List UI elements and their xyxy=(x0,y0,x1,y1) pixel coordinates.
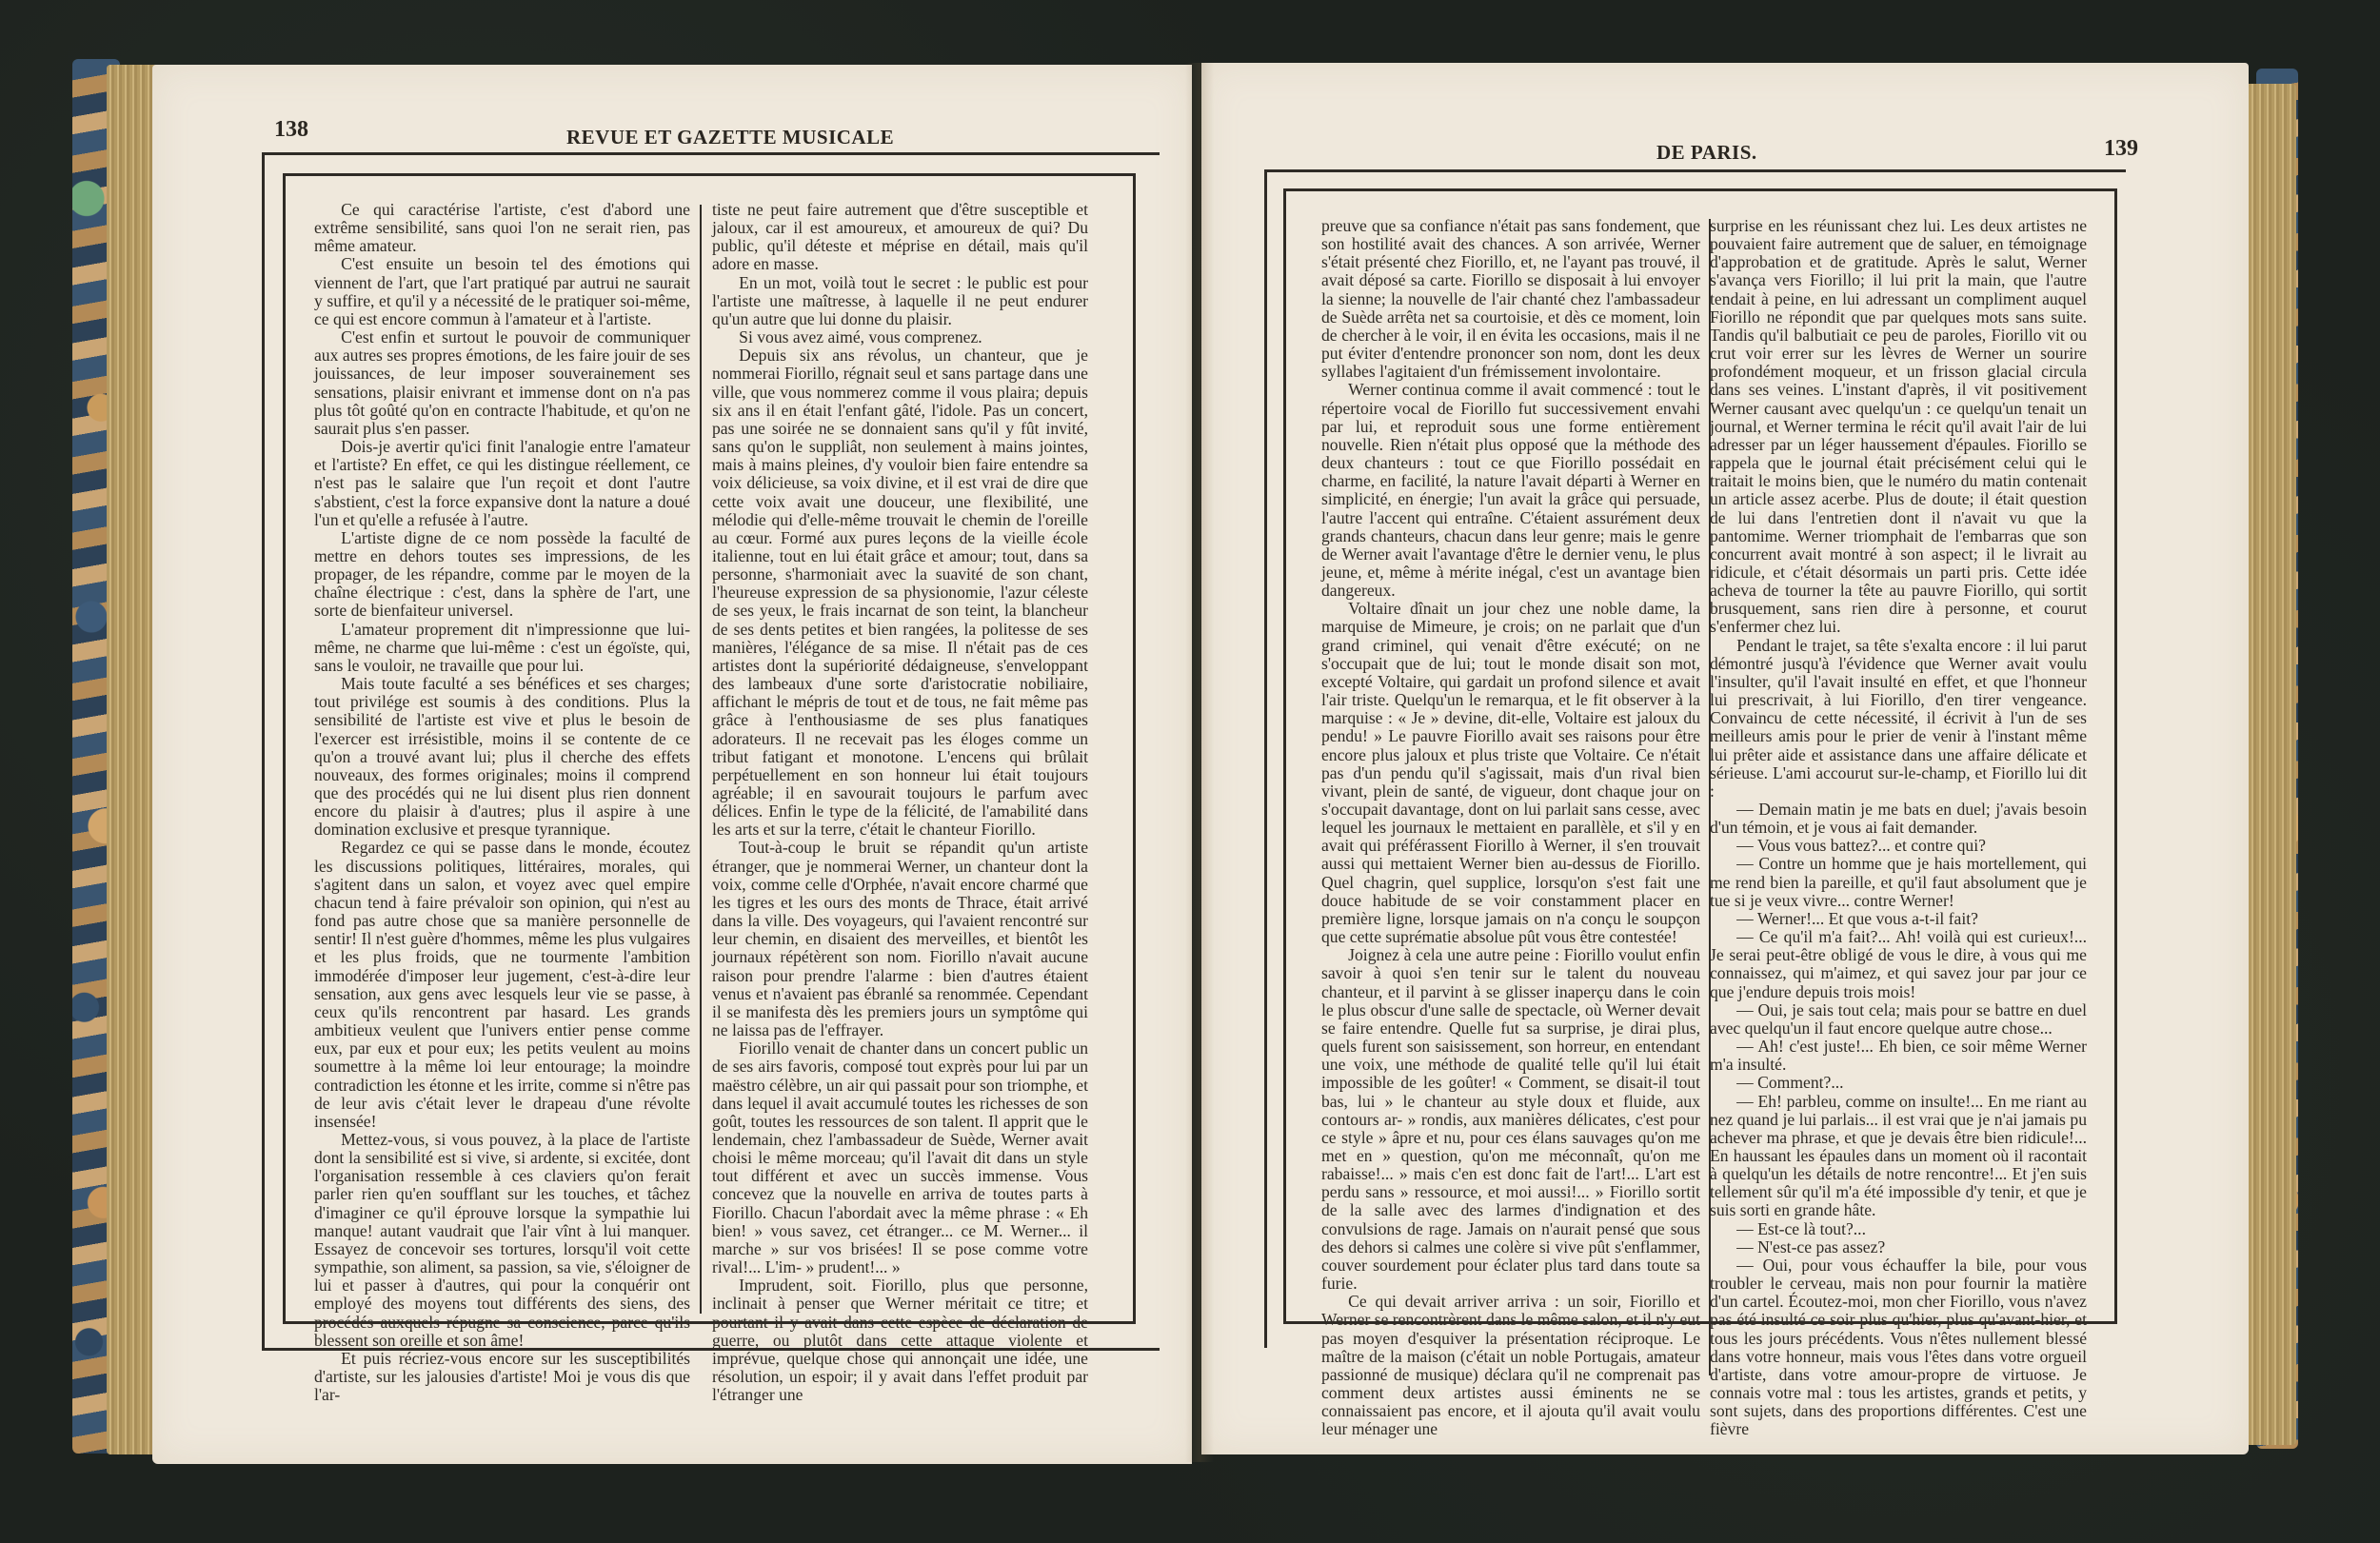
paragraph: — Demain matin je me bats en duel; j'ava… xyxy=(1710,801,2087,837)
paragraph: Tout-à-coup le bruit se répandit qu'un a… xyxy=(712,839,1088,1039)
paragraph: Voltaire dînait un jour chez une noble d… xyxy=(1321,600,1700,946)
paragraph: — Ce qu'il m'a fait?... Ah! voilà qui es… xyxy=(1710,928,2087,1001)
paragraph: En un mot, voilà tout le secret : le pub… xyxy=(712,274,1088,328)
paragraph: L'amateur proprement dit n'impressionne … xyxy=(314,621,690,675)
paragraph: — N'est-ce pas assez? xyxy=(1710,1238,2087,1256)
page-edges-right xyxy=(2249,84,2296,1445)
column-left-1: Ce qui caractérise l'artiste, c'est d'ab… xyxy=(314,201,690,1404)
paragraph: — Werner!... Et que vous a-t-il fait? xyxy=(1710,910,2087,928)
page-number-right: 139 xyxy=(2104,136,2138,162)
paragraph: — Comment?... xyxy=(1710,1074,2087,1092)
column-left-2: tiste ne peut faire autrement que d'être… xyxy=(712,201,1088,1404)
paragraph: tiste ne peut faire autrement que d'être… xyxy=(712,201,1088,274)
paragraph: Fiorillo venait de chanter dans un conce… xyxy=(712,1039,1088,1276)
paragraph: — Vous vous battez?... et contre qui? xyxy=(1710,837,2087,855)
paragraph: Dois-je avertir qu'ici finit l'analogie … xyxy=(314,438,690,529)
page-number-left: 138 xyxy=(274,117,308,143)
paragraph: L'artiste digne de ce nom possède la fac… xyxy=(314,529,690,621)
book-gutter xyxy=(1185,63,1214,1462)
paragraph: Pendant le trajet, sa tête s'exalta enco… xyxy=(1710,637,2087,801)
paragraph: — Oui, pour vous échauffer la bile, pour… xyxy=(1710,1256,2087,1439)
paragraph: — Contre un homme que je hais mortelleme… xyxy=(1710,855,2087,909)
column-right-2: surprise en les réunissant chez lui. Les… xyxy=(1710,217,2087,1438)
paragraph: Ce qui devait arriver arriva : un soir, … xyxy=(1321,1293,1700,1438)
paragraph: C'est ensuite un besoin tel des émotions… xyxy=(314,255,690,328)
paragraph: C'est enfin et surtout le pouvoir de com… xyxy=(314,328,690,438)
paragraph: Depuis six ans révolus, un chanteur, que… xyxy=(712,346,1088,839)
paragraph: Mais toute faculté a ses bénéfices et se… xyxy=(314,675,690,839)
paragraph: Regardez ce qui se passe dans le monde, … xyxy=(314,839,690,1131)
paragraph: — Est-ce là tout?... xyxy=(1710,1220,2087,1238)
paragraph: Si vous avez aimé, vous comprenez. xyxy=(712,328,1088,346)
column-right-1: preuve que sa confiance n'était pas sans… xyxy=(1321,217,1700,1438)
paragraph: Mettez-vous, si vous pouvez, à la place … xyxy=(314,1131,690,1350)
paragraph: Ce qui caractérise l'artiste, c'est d'ab… xyxy=(314,201,690,255)
paragraph: surprise en les réunissant chez lui. Les… xyxy=(1710,217,2087,637)
paragraph: — Ah! c'est juste!... Eh bien, ce soir m… xyxy=(1710,1038,2087,1074)
running-head-left: REVUE ET GAZETTE MUSICALE xyxy=(566,126,894,149)
running-head-right: DE PARIS. xyxy=(1656,141,1757,165)
column-rule-left xyxy=(700,205,702,1314)
paragraph: preuve que sa confiance n'était pas sans… xyxy=(1321,217,1700,381)
paragraph: Et puis récriez-vous encore sur les susc… xyxy=(314,1350,690,1404)
paragraph: Joignez à cela une autre peine : Fiorill… xyxy=(1321,946,1700,1293)
paragraph: — Eh! parbleu, comme on insulte!... En m… xyxy=(1710,1093,2087,1220)
paragraph: — Oui, je sais tout cela; mais pour se b… xyxy=(1710,1001,2087,1038)
paragraph: Werner continua comme il avait commencé … xyxy=(1321,381,1700,600)
paragraph: Imprudent, soit. Fiorillo, plus que pers… xyxy=(712,1276,1088,1404)
